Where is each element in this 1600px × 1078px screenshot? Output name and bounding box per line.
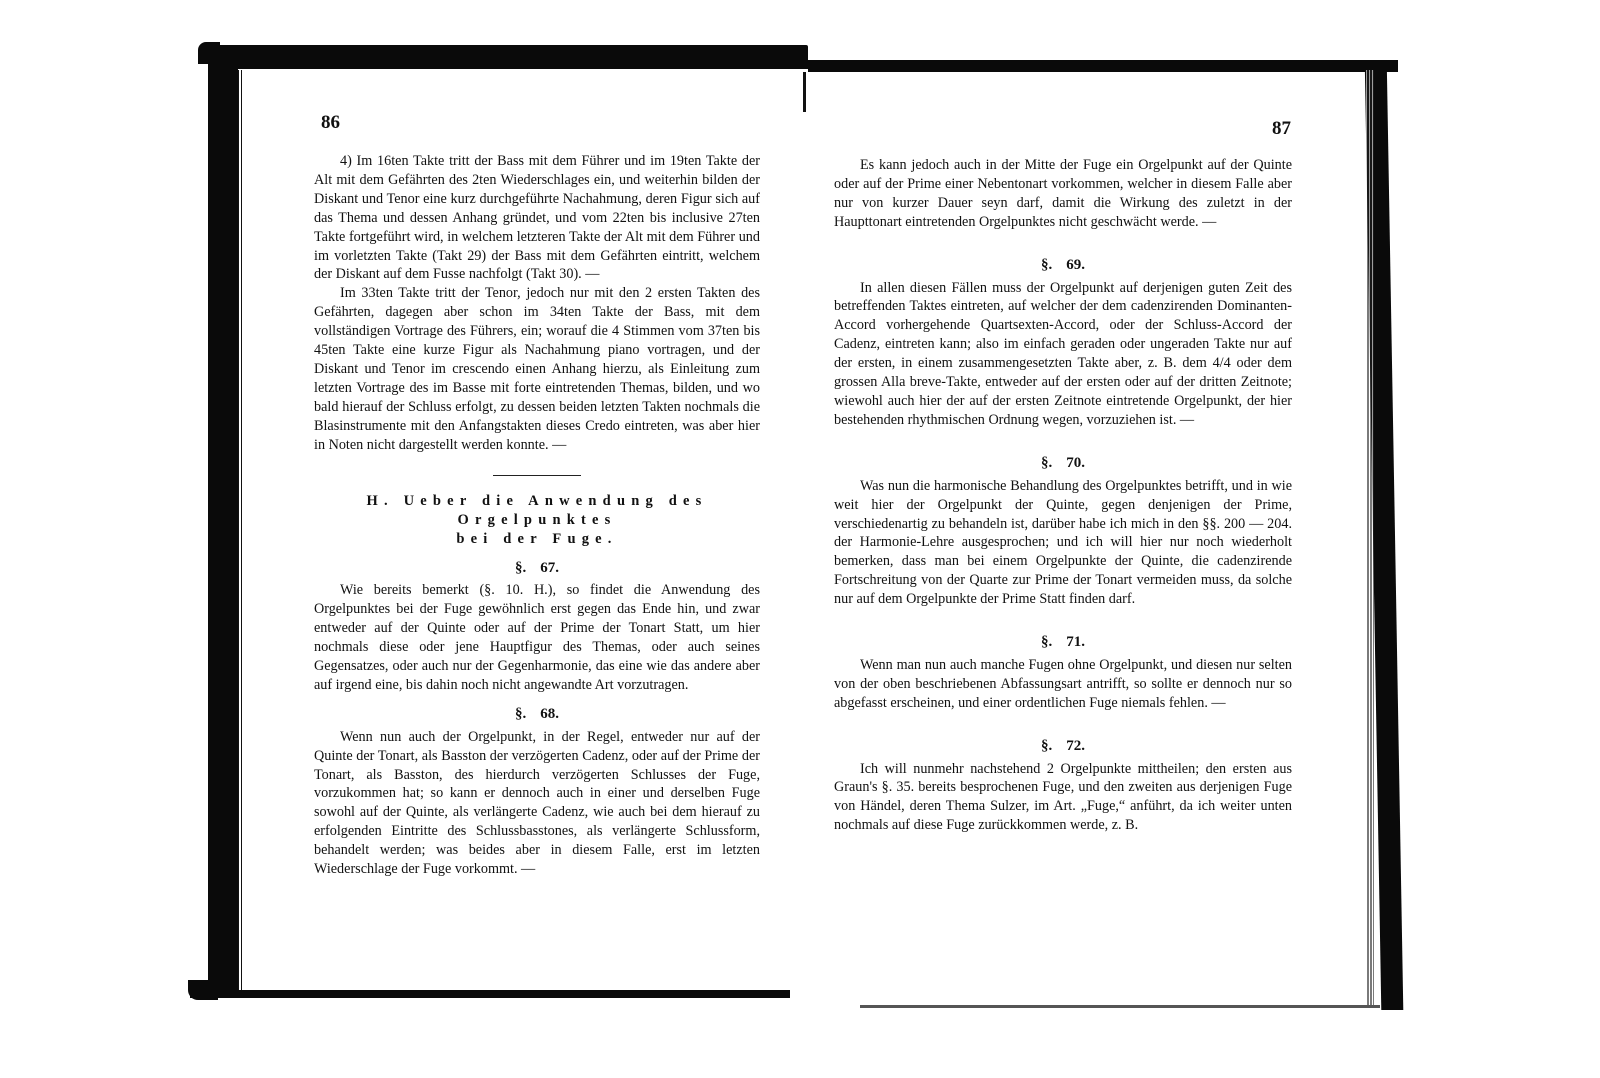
section-symbol: §. (515, 706, 526, 722)
section-70-text: Was nun die harmonische Behandlung des O… (834, 477, 1292, 609)
section-heading-69: §.69. (834, 256, 1292, 275)
page-stack-right (1366, 70, 1374, 1005)
chapter-title-line-2: bei der Fuge. (314, 530, 760, 549)
section-number: 71. (1066, 634, 1085, 650)
section-71-text: Wenn man nun auch manche Fugen ohne Orge… (834, 656, 1292, 713)
page-stack-left (238, 70, 244, 990)
chapter-title: H. Ueber die Anwendung des Orgelpunktes … (314, 492, 760, 549)
section-number: 70. (1066, 455, 1085, 471)
book-edge-bottom-right (860, 1005, 1380, 1008)
page-number-left: 86 (321, 112, 340, 134)
book-edge-left (208, 45, 238, 995)
paragraph-takt-33: Im 33ten Takte tritt der Tenor, jedoch n… (314, 284, 760, 454)
section-heading-71: §.71. (834, 633, 1292, 652)
left-page: 4) Im 16ten Takte tritt der Bass mit dem… (314, 152, 760, 879)
book-edge-top-left (208, 45, 808, 69)
section-69-text: In allen diesen Fällen muss der Orgelpun… (834, 279, 1292, 430)
section-number: 67. (540, 560, 559, 576)
section-symbol: §. (1041, 257, 1052, 273)
section-heading-70: §.70. (834, 454, 1292, 473)
open-book-scan: 86 87 4) Im 16ten Takte tritt der Bass m… (0, 0, 1600, 1078)
book-edge-top-right (808, 60, 1398, 72)
section-heading-68: §.68. (314, 705, 760, 724)
section-number: 68. (540, 706, 559, 722)
section-symbol: §. (1041, 738, 1052, 754)
page-number-right: 87 (1272, 118, 1291, 140)
section-68-text: Wenn nun auch der Orgelpunkt, in der Reg… (314, 728, 760, 879)
section-heading-72: §.72. (834, 737, 1292, 756)
section-symbol: §. (515, 560, 526, 576)
right-page: Es kann jedoch auch in der Mitte der Fug… (834, 156, 1292, 835)
section-symbol: §. (1041, 455, 1052, 471)
book-edge-bottom-left (190, 990, 790, 998)
section-symbol: §. (1041, 634, 1052, 650)
paragraph-example-4: 4) Im 16ten Takte tritt der Bass mit dem… (314, 152, 760, 284)
section-number: 72. (1066, 738, 1085, 754)
book-gutter-mark (803, 72, 806, 112)
section-67-text: Wie bereits bemerkt (§. 10. H.), so find… (314, 581, 760, 694)
section-divider (493, 475, 581, 476)
section-heading-67: §.67. (314, 559, 760, 578)
intro-paragraph: Es kann jedoch auch in der Mitte der Fug… (834, 156, 1292, 232)
chapter-title-line-1: H. Ueber die Anwendung des Orgelpunktes (314, 492, 760, 530)
section-72-text: Ich will nunmehr nachstehend 2 Orgelpunk… (834, 760, 1292, 836)
section-number: 69. (1066, 257, 1085, 273)
